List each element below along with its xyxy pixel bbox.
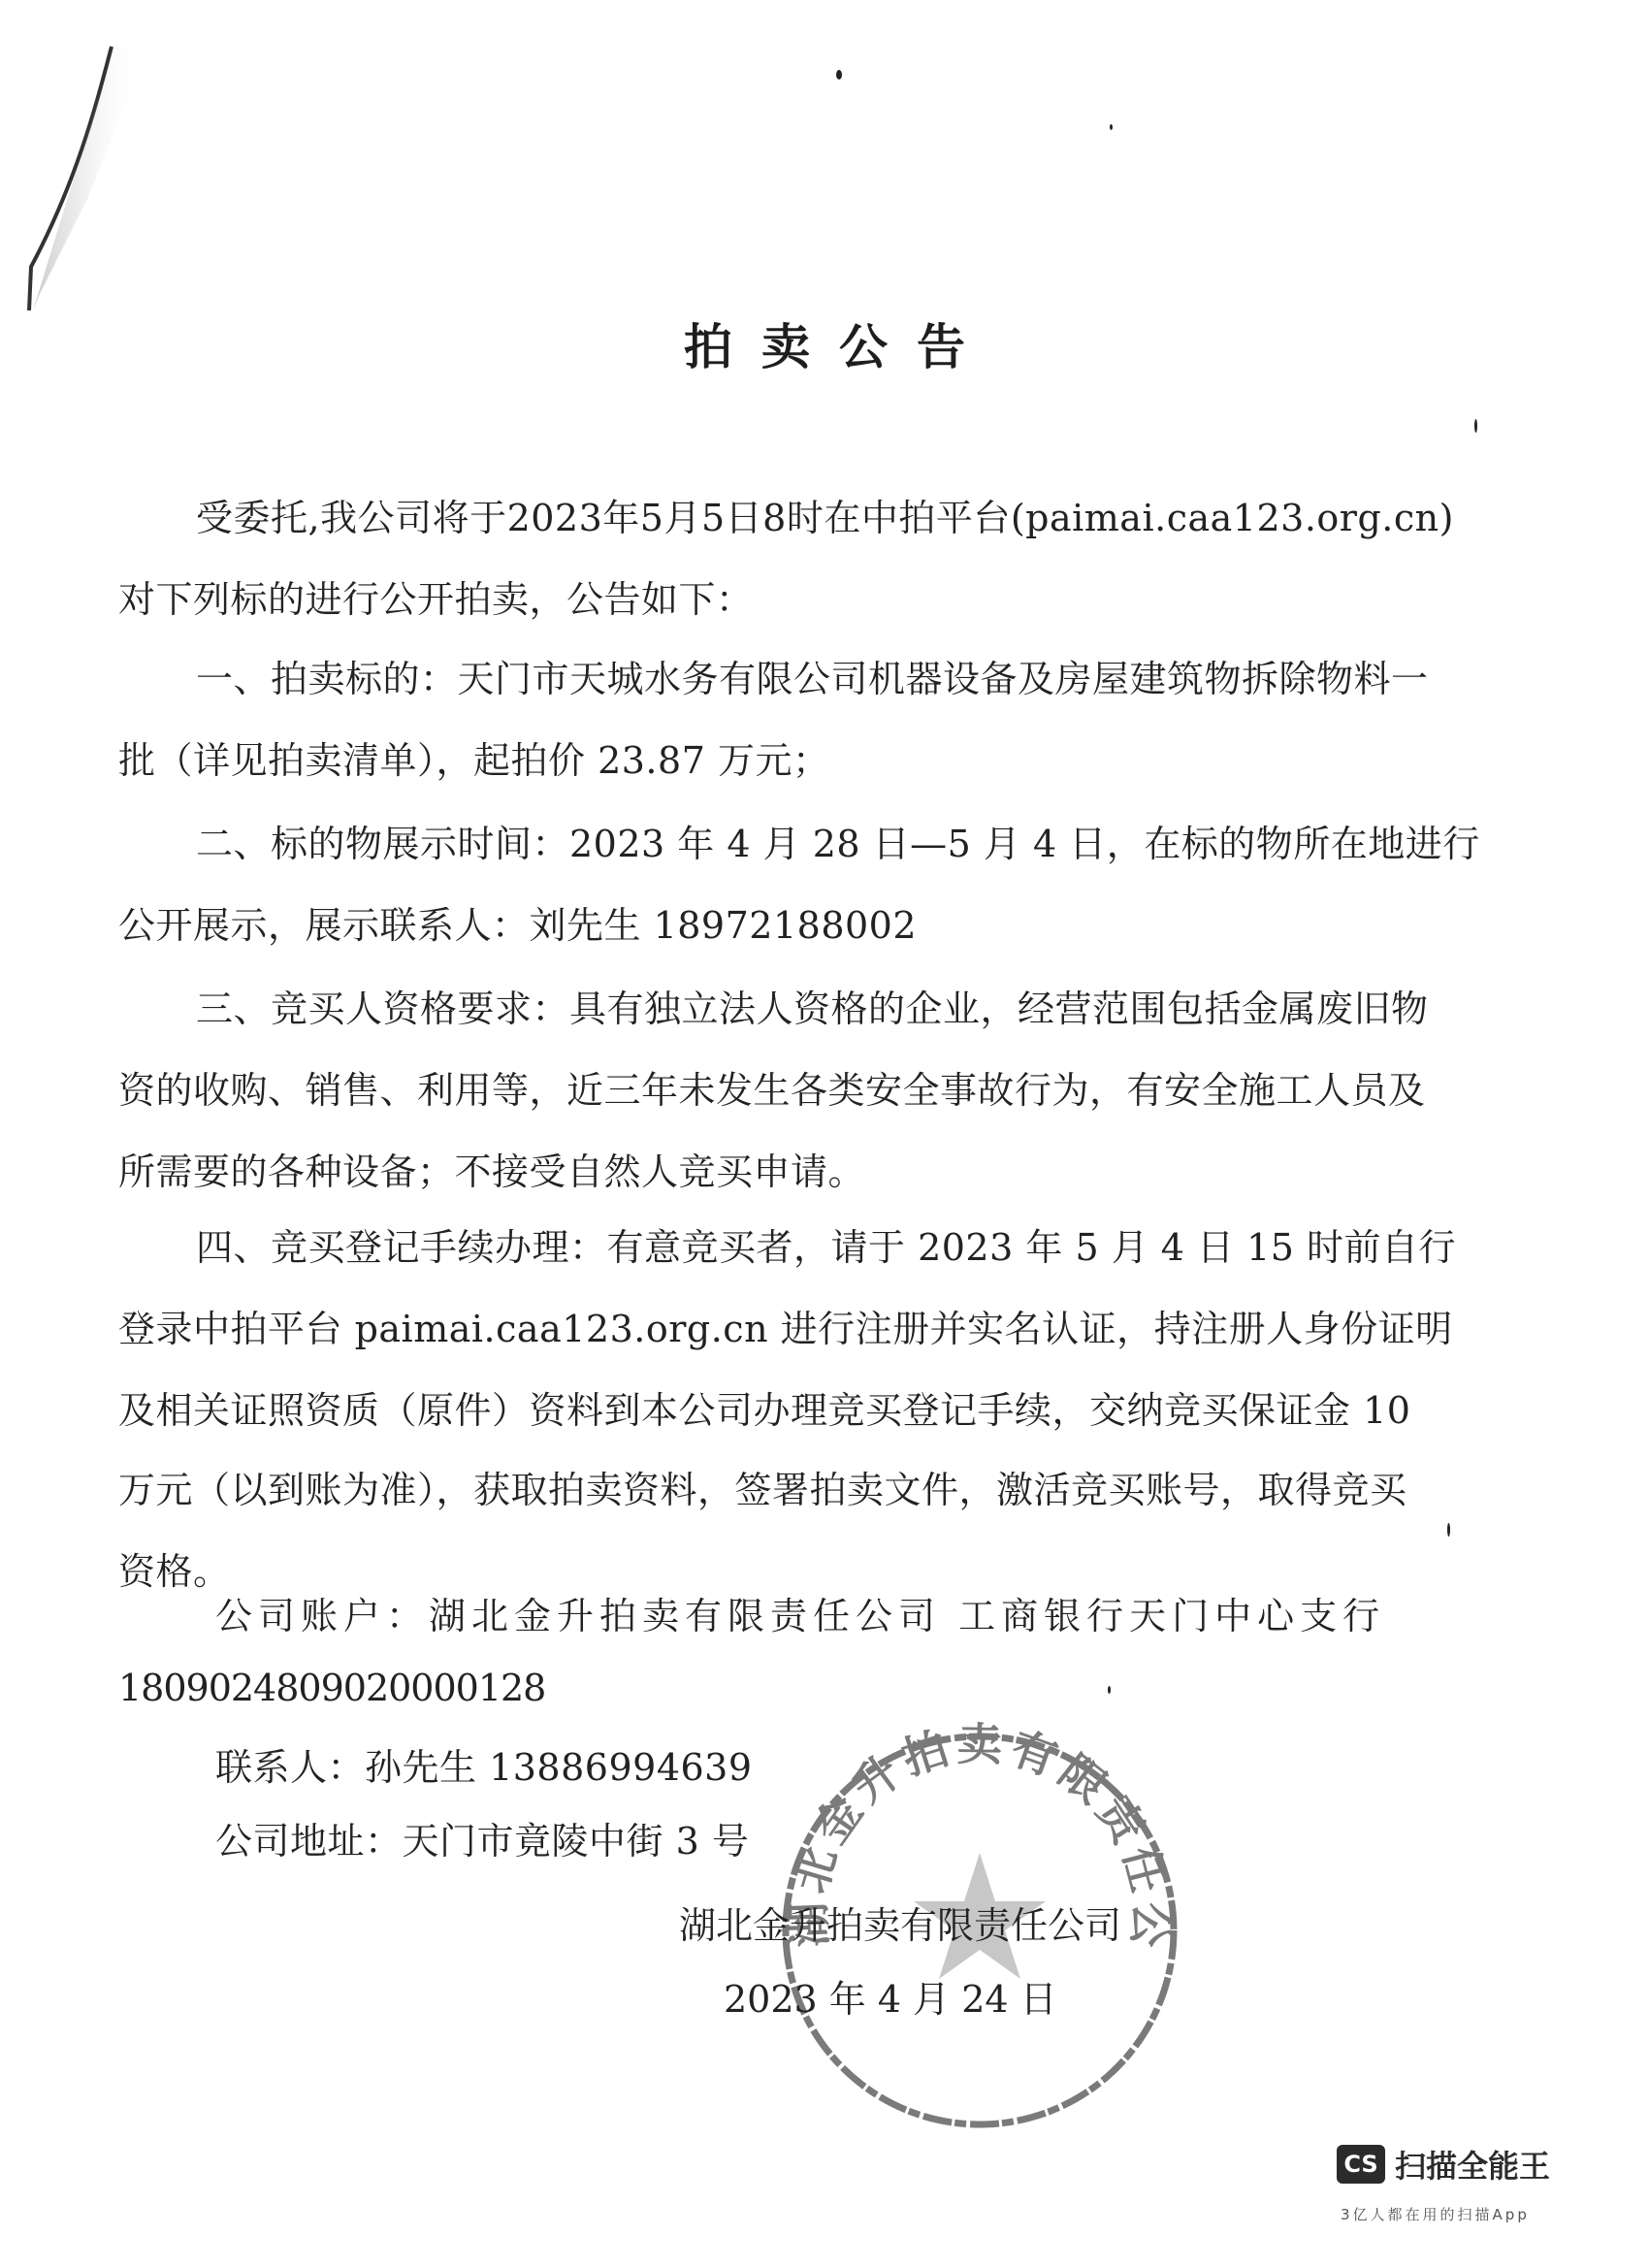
company-account: 公司账户：湖北金升拍卖有限责任公司 工商银行天门中心支行 [215, 1593, 1385, 1639]
intro-line-1: 受委托,我公司将于2023年5月5日8时在中拍平台(paimai.caa123.… [196, 495, 1454, 541]
section-1-line-2: 批（详见拍卖清单），起拍价 23.87 万元； [118, 737, 829, 784]
cs-app-name: 扫描全能王 [1395, 2142, 1550, 2187]
section-3-line-2: 资的收购、销售、利用等，近三年未发生各类安全事故行为，有安全施工人员及 [118, 1067, 1426, 1114]
section-3-line-1: 三、竞买人资格要求：具有独立法人资格的企业，经营范围包括金属废旧物 [196, 986, 1429, 1032]
document-title: 拍卖公告 [0, 308, 1649, 378]
signature-company: 湖北金升拍卖有限责任公司 [679, 1895, 1121, 1949]
section-1-line-1: 一、拍卖标的：天门市天城水务有限公司机器设备及房屋建筑物拆除物料一 [196, 656, 1429, 702]
section-4-line-1: 四、竞买登记手续办理：有意竞买者，请于 2023 年 5 月 4 日 15 时前… [196, 1224, 1456, 1271]
camscanner-logo: CS 扫描全能王 [1337, 2142, 1550, 2187]
cs-tagline: 3亿人都在用的扫描App [1341, 2204, 1530, 2224]
intro-line-2: 对下列标的进行公开拍卖，公告如下： [118, 576, 754, 623]
section-4-line-4: 万元（以到账为准），获取拍卖资料，签署拍卖文件，激活竞买账号，取得竞买 [118, 1467, 1407, 1513]
signature-date: 2023 年 4 月 24 日 [724, 1969, 1057, 2023]
section-2-line-2: 公开展示，展示联系人：刘先生 18972188002 [118, 902, 917, 949]
section-4-line-5: 资格。 [118, 1548, 231, 1595]
account-number: 1809024809020000128 [118, 1665, 545, 1711]
scan-speck [1474, 419, 1477, 433]
contact-person: 联系人：孙先生 13886994639 [215, 1744, 753, 1791]
section-3-line-3: 所需要的各种设备；不接受自然人竞买申请。 [118, 1149, 865, 1195]
section-2-line-1: 二、标的物展示时间：2023 年 4 月 28 日—5 月 4 日，在标的物所在… [196, 821, 1480, 867]
company-address: 公司地址：天门市竟陵中街 3 号 [215, 1818, 749, 1864]
scan-speck [1447, 1523, 1450, 1537]
scan-speck [1108, 1686, 1111, 1694]
paper-fold-shadow [19, 44, 136, 315]
section-4-line-3: 及相关证照资质（原件）资料到本公司办理竞买登记手续，交纳竞买保证金 10 [118, 1387, 1410, 1434]
section-4-line-2: 登录中拍平台 paimai.caa123.org.cn 进行注册并实名认证，持注… [118, 1306, 1453, 1352]
scan-speck [836, 70, 842, 80]
cs-badge-icon: CS [1337, 2145, 1385, 2184]
scan-speck [1110, 124, 1113, 130]
